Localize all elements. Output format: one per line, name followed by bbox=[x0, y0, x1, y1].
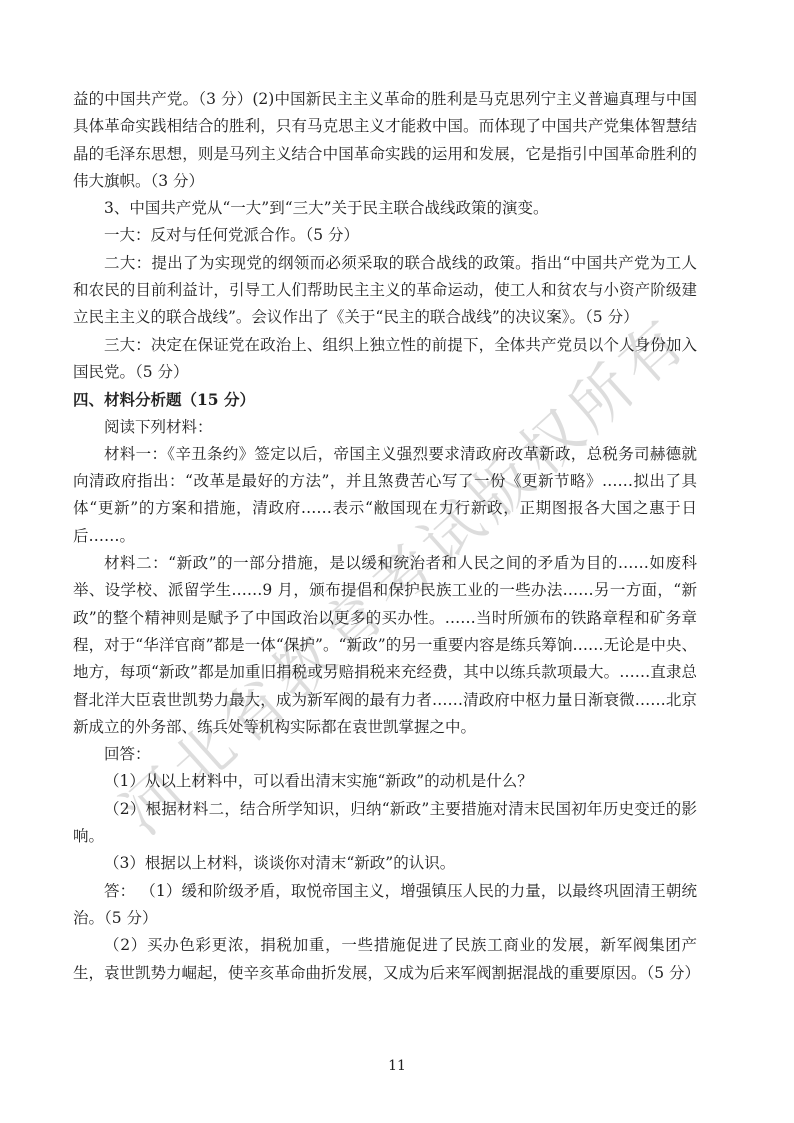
page-footer: 11 bbox=[0, 1058, 794, 1074]
paragraph: （2）根据材料二，结合所学知识，归纳“新政”主要措施对清末民国初年历史变迁的影响… bbox=[73, 796, 697, 851]
paragraph: 四、材料分析题（15 分） bbox=[73, 386, 697, 413]
paragraph: 回答： bbox=[73, 741, 697, 768]
paragraph: 答： （1）缓和阶级矛盾，取悦帝国主义，增强镇压人民的力量，以最终巩固清王朝统治… bbox=[73, 878, 697, 933]
document-body: 益的中国共产党。（3 分）(2)中国新民主主义革命的胜利是马克思列宁主义普遍真理… bbox=[73, 86, 697, 987]
paragraph: 材料二：“新政”的一部分措施，是以缓和统治者和人民之间的矛盾为目的……如废科举、… bbox=[73, 550, 697, 741]
paragraph: 3、中国共产党从“一大”到“三大”关于民主联合战线政策的演变。 bbox=[73, 195, 697, 222]
paragraph: 一大：反对与任何党派合作。（5 分） bbox=[73, 222, 697, 249]
paragraph: 材料一：《辛丑条约》签定以后，帝国主义强烈要求清政府改革新政，总税务司赫德就向清… bbox=[73, 441, 697, 550]
paragraph: 益的中国共产党。（3 分）(2)中国新民主主义革命的胜利是马克思列宁主义普遍真理… bbox=[73, 86, 697, 195]
page-number: 11 bbox=[388, 1058, 406, 1074]
paragraph: （3）根据以上材料，谈谈你对清末“新政”的认识。 bbox=[73, 850, 697, 877]
paragraph: （2）买办色彩更浓，捐税加重，一些措施促进了民族工商业的发展，新军阀集团产生，袁… bbox=[73, 932, 697, 987]
document-page: 河北省教育考试版权所有 益的中国共产党。（3 分）(2)中国新民主主义革命的胜利… bbox=[0, 0, 794, 1123]
paragraph: 二大：提出了为实现党的纲领而必须采取的联合战线的政策。指出“中国共产党为工人和农… bbox=[73, 250, 697, 332]
paragraph: （1）从以上材料中，可以看出清末实施“新政”的动机是什么？ bbox=[73, 768, 697, 795]
paragraph: 三大：决定在保证党在政治上、组织上独立性的前提下，全体共产党员以个人身份加入国民… bbox=[73, 332, 697, 387]
paragraph: 阅读下列材料： bbox=[73, 414, 697, 441]
